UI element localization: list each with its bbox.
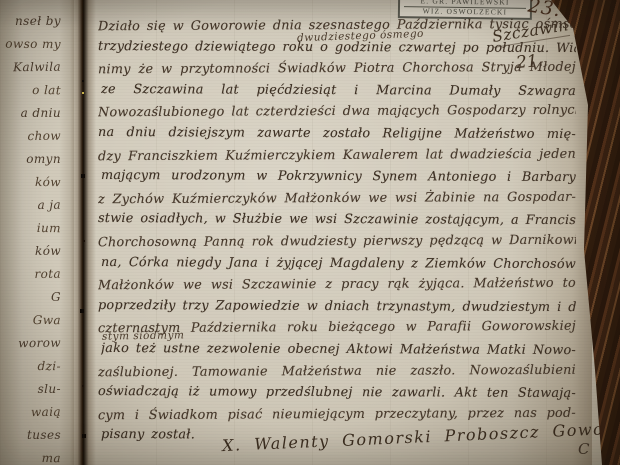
left-page-line-fragment: ium — [0, 217, 74, 241]
record-text-block: Działo się w Goworowie dnia szesnastego … — [98, 15, 576, 447]
left-page-line-fragment: o lat — [0, 79, 74, 103]
left-page-line-fragment: dzi- — [0, 355, 74, 379]
left-page-line-fragment: a dniu — [0, 102, 74, 125]
record-line: Nowozaślubionego lat czterdzieści dwa ma… — [98, 100, 576, 124]
left-page-line-fragment: owso my — [0, 33, 74, 57]
left-page-line-fragment: ma — [0, 447, 74, 465]
left-page-line-fragment: chow — [0, 125, 74, 149]
left-page-line-fragment: nseł by — [0, 10, 74, 33]
signature-paraph: C — [578, 440, 589, 458]
right-page: E. GR. PAWILEWSKI WIZ. OSWOLZECKI 23. Sz… — [92, 0, 592, 465]
record-line: ze Szczawina lat pięćdziesiąt i Marcina … — [101, 79, 576, 103]
left-page-line-fragment: G — [0, 286, 74, 309]
record-line: z Zychów Kuźmierczyków Małżonków we wsi … — [98, 186, 576, 210]
binding-specks — [82, 80, 84, 82]
interlinear-insertion-correction: stym siódmym — [102, 329, 185, 342]
left-page-line-fragment: a ja — [0, 194, 74, 218]
record-line: nimy że w przytomności Świadków Piotra C… — [98, 57, 576, 81]
register-page-spread: nseł by owso my Kalwila o lat a dniu cho… — [0, 0, 620, 465]
record-line: zaślubionej. Tamowanie Małżeństwa nie za… — [98, 359, 576, 383]
left-page-line-fragment: ków — [0, 171, 74, 195]
left-page-line-fragment: worow — [0, 332, 74, 356]
record-line: na, Córka niegdy Jana i żyjącej Magdalen… — [101, 251, 576, 275]
photo-of-parish-register: nseł by owso my Kalwila o lat a dniu cho… — [0, 0, 620, 465]
left-page-line-fragment: rota — [0, 263, 74, 287]
record-line: poprzedziły trzy Zapowiedzie w dniach tr… — [98, 295, 576, 319]
record-line: Małżonków we wsi Szczawinie z pracy rąk … — [98, 273, 576, 297]
record-line: dzy Franciszkiem Kuźmierczykiem Kawalere… — [98, 143, 576, 167]
record-line: stwie osiadłych, w Służbie we wsi Szczaw… — [98, 208, 576, 232]
left-page-line-fragment: waią — [0, 401, 74, 425]
left-page-line-fragment: ków — [0, 240, 74, 263]
left-page-line-fragment: omyn — [0, 148, 74, 171]
left-page-edge: nseł by owso my Kalwila o lat a dniu cho… — [0, 0, 74, 465]
record-line: na dniu dzisiejszym zawarte zostało Reli… — [98, 122, 576, 146]
left-page-line-fragment: Gwa — [0, 309, 74, 333]
record-line: mającym urodzonym w Pokrzywnicy Synem An… — [101, 165, 576, 189]
record-line: oświadczają iż umowy przedślubnej nie za… — [98, 381, 576, 405]
left-page-line-fragment: tuses — [0, 424, 74, 447]
record-line: Chorchosowną Panną rok dwudziesty pierws… — [98, 230, 576, 254]
left-page-line-fragment: slu- — [0, 378, 74, 401]
left-page-line-fragment: Kalwila — [0, 56, 74, 80]
